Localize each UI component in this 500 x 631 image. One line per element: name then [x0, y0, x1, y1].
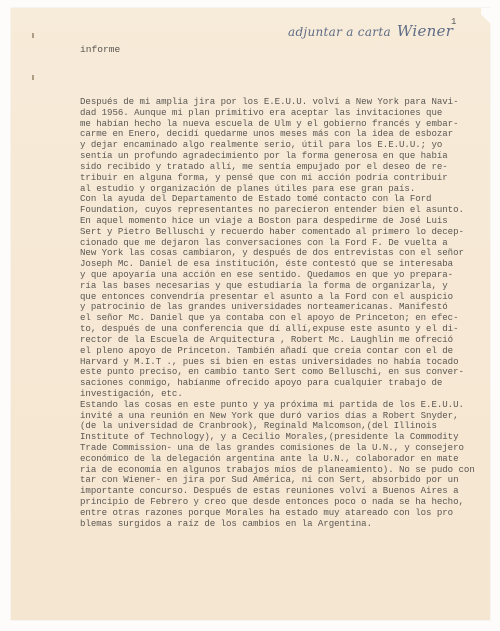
- text-line: económico de la delegación argentina ant…: [80, 454, 490, 465]
- punch-mark: [32, 33, 34, 38]
- handwritten-annotation: adjuntar a cartaWiener: [288, 22, 453, 40]
- text-line: dad 1956. Aunque mi plan primitivo era a…: [80, 108, 490, 119]
- text-line: Estando las cosas en este punto y ya pró…: [80, 400, 490, 411]
- punch-mark: [32, 75, 34, 80]
- text-line: el pleno apoyo de Princeton. También aña…: [80, 346, 490, 357]
- document-body: Después de mi amplia jira por los E.E.U.…: [80, 97, 490, 530]
- text-line: Sert y Pietro Belluschi y recuerdo haber…: [80, 227, 490, 238]
- text-line: tribuir en alguna forma, y pensé que con…: [80, 173, 490, 184]
- page-number: 1: [451, 17, 456, 27]
- annotation-name: Wiener: [397, 22, 453, 40]
- annotation-text: adjuntar a carta: [288, 25, 391, 39]
- document-page: adjuntar a cartaWiener 1 informe Después…: [11, 8, 490, 620]
- text-line: blemas surgidos a raíz de los cambios en…: [80, 519, 490, 530]
- document-title: informe: [80, 44, 120, 55]
- text-line: ría las bases necesarias y que estudiarí…: [80, 281, 490, 292]
